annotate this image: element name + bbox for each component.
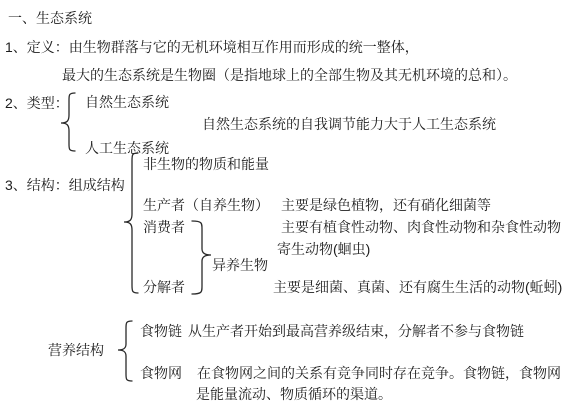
heterotroph-label: 异养生物	[212, 256, 268, 274]
heterotroph-brace	[191, 220, 212, 295]
type-item-natural: 自然生态系统	[85, 93, 169, 111]
consumer-desc2: 寄生动物(蛔虫)	[277, 240, 370, 258]
foodweb-desc2: 是能量流动、物质循环的渠道。	[196, 385, 392, 402]
structure-item-abiotic: 非生物的物质和能量	[143, 155, 269, 173]
page-title: 一、生态系统	[8, 9, 92, 27]
nutrition-brace	[117, 320, 135, 382]
structure-item-producer: 生产者（自养生物）	[143, 196, 269, 214]
nutrition-label: 营养结构	[48, 341, 104, 359]
nutrition-item-foodchain: 食物链	[140, 322, 182, 340]
structure-label: 3、结构：组成结构	[5, 176, 125, 194]
structure-item-consumer: 消费者	[143, 218, 185, 236]
nutrition-item-foodweb: 食物网	[140, 364, 182, 382]
structure-item-decomposer: 分解者	[143, 278, 185, 296]
definition-line1: 1、定义：由生物群落与它的无机环境相互作用而形成的统一整体，	[5, 38, 419, 56]
consumer-desc: 主要有植食性动物、肉食性动物和杂食性动物	[281, 218, 561, 236]
foodchain-desc: 从生产者开始到最高营养级结束，分解者不参与食物链	[188, 322, 524, 340]
type-brace	[60, 92, 78, 152]
type-note: 自然生态系统的自我调节能力大于人工生态系统	[202, 115, 496, 133]
definition-line2: 最大的生态系统是生物圈（是指地球上的全部生物及其无机环境的总和）。	[62, 66, 517, 84]
foodweb-desc: 在食物网之间的关系有竞争同时存在竞争。食物链，食物网	[197, 364, 561, 382]
producer-desc: 主要是绿色植物，还有硝化细菌等	[281, 196, 491, 214]
structure-brace	[123, 152, 141, 294]
decomposer-desc: 主要是细菌、真菌、还有腐生生活的动物(蚯蚓)	[273, 278, 562, 296]
ecosystem-notes-page: 一、生态系统 1、定义：由生物群落与它的无机环境相互作用而形成的统一整体， 最大…	[0, 0, 565, 402]
